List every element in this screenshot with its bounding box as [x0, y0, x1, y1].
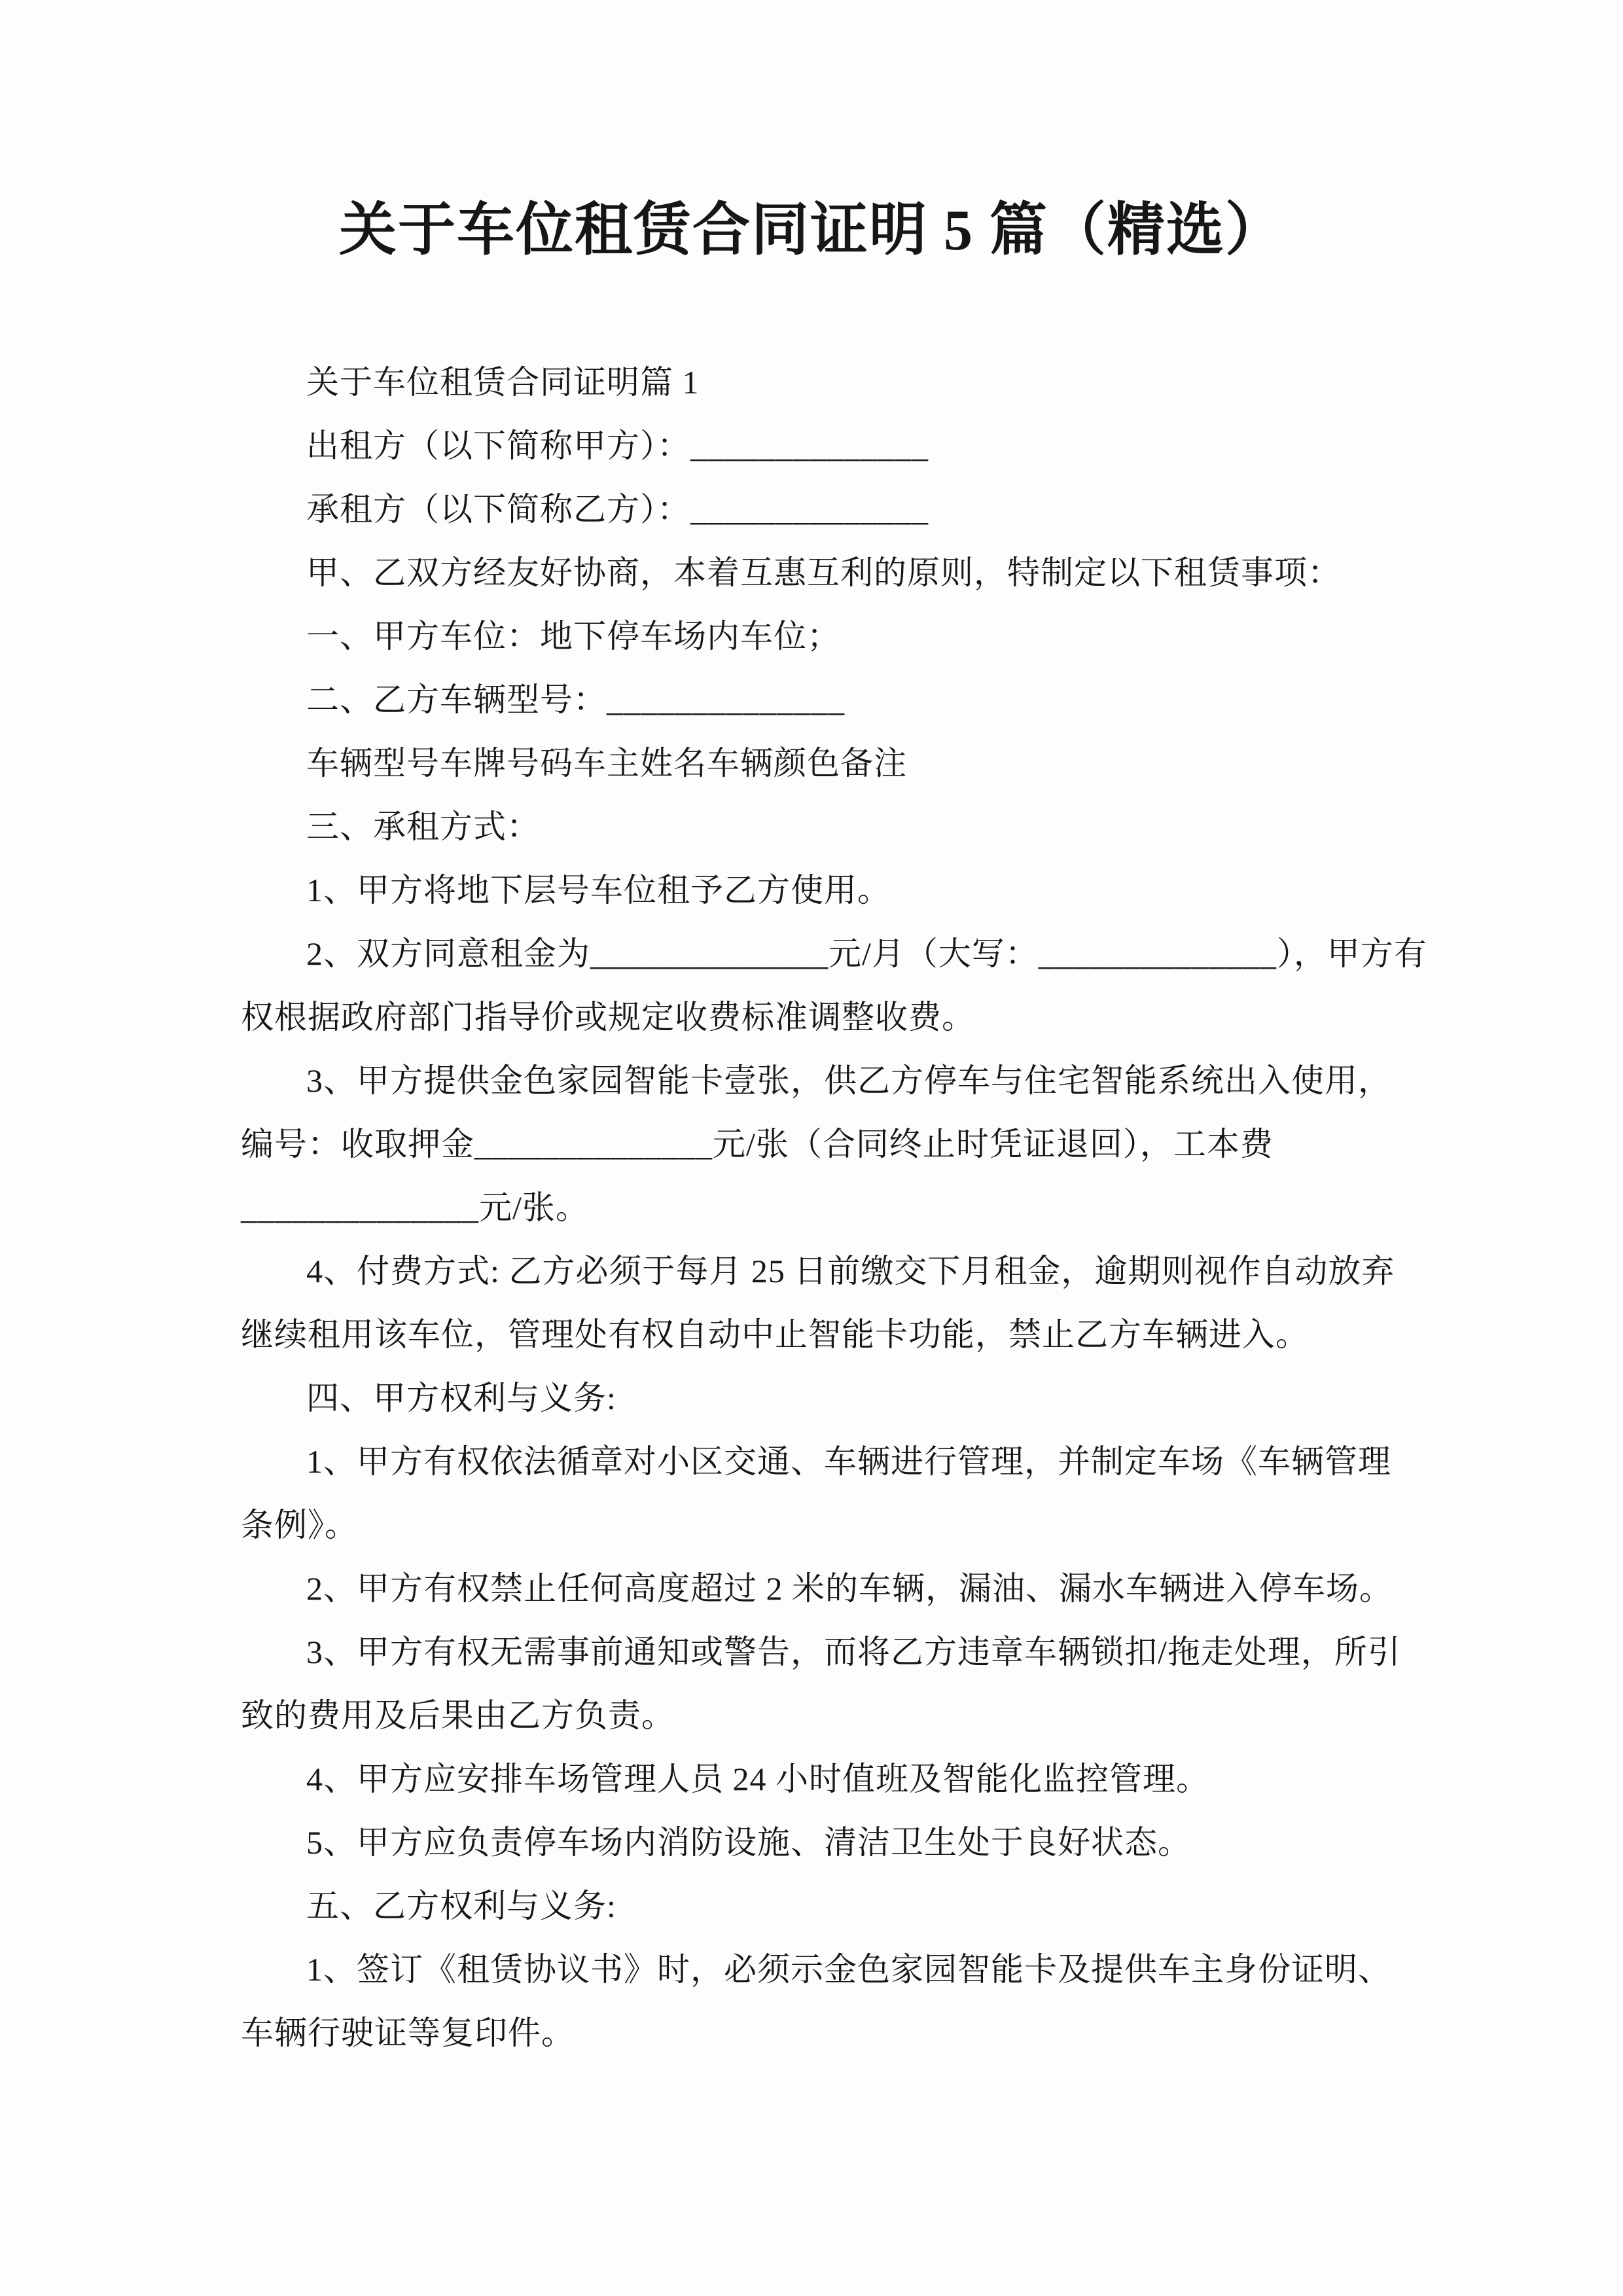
text-line: 甲、乙双方经友好协商，本着互惠互利的原则，特制定以下租赁事项： — [241, 541, 1414, 605]
document-title: 关于车位租赁合同证明 5 篇（精选） — [0, 0, 1623, 266]
text-line: 三、承租方式： — [241, 795, 1414, 859]
text-line: 编号：收取押金______________元/张（合同终止时凭证退回），工本费 — [241, 1113, 1414, 1176]
text-line: 出租方（以下简称甲方）：______________ — [241, 414, 1414, 478]
text-line: 4、付费方式: 乙方必须于每月 25 日前缴交下月租金，逾期则视作自动放弃 — [241, 1240, 1414, 1303]
text-line: 二、乙方车辆型号：______________ — [241, 668, 1414, 732]
text-line: 1、甲方有权依法循章对小区交通、车辆进行管理，并制定车场《车辆管理 — [241, 1430, 1414, 1494]
text-line: 致的费用及后果由乙方负责。 — [241, 1684, 1414, 1748]
text-line: 权根据政府部门指导价或规定收费标准调整收费。 — [241, 986, 1414, 1049]
text-line: 5、甲方应负责停车场内消防设施、清洁卫生处于良好状态。 — [241, 1811, 1414, 1874]
text-line: 3、甲方有权无需事前通知或警告，而将乙方违章车辆锁扣/拖走处理，所引 — [241, 1621, 1414, 1684]
text-line: 1、签订《租赁协议书》时，必须示金色家园智能卡及提供车主身份证明、 — [241, 1938, 1414, 2001]
text-line: 4、甲方应安排车场管理人员 24 小时值班及智能化监控管理。 — [241, 1748, 1414, 1811]
text-line: 条例》。 — [241, 1494, 1414, 1557]
text-line: 继续租用该车位，管理处有权自动中止智能卡功能，禁止乙方车辆进入。 — [241, 1303, 1414, 1367]
text-line: 2、双方同意租金为______________元/月（大写：__________… — [241, 922, 1414, 986]
document-page: 关于车位租赁合同证明 5 篇（精选） 关于车位租赁合同证明篇 1出租方（以下简称… — [0, 0, 1623, 2296]
text-line: 3、甲方提供金色家园智能卡壹张，供乙方停车与住宅智能系统出入使用， — [241, 1049, 1414, 1113]
text-line: 承租方（以下简称乙方）：______________ — [241, 478, 1414, 541]
document-body: 关于车位租赁合同证明篇 1出租方（以下简称甲方）：______________承… — [0, 351, 1623, 2065]
text-line: 关于车位租赁合同证明篇 1 — [241, 351, 1414, 414]
text-line: ______________元/张。 — [241, 1176, 1414, 1240]
text-line: 2、甲方有权禁止任何高度超过 2 米的车辆，漏油、漏水车辆进入停车场。 — [241, 1557, 1414, 1621]
text-line: 五、乙方权利与义务: — [241, 1874, 1414, 1938]
text-line: 一、甲方车位：地下停车场内车位； — [241, 605, 1414, 668]
text-line: 四、甲方权利与义务: — [241, 1367, 1414, 1430]
text-line: 车辆型号车牌号码车主姓名车辆颜色备注 — [241, 732, 1414, 795]
text-line: 1、甲方将地下层号车位租予乙方使用。 — [241, 859, 1414, 922]
text-line: 车辆行驶证等复印件。 — [241, 2001, 1414, 2065]
